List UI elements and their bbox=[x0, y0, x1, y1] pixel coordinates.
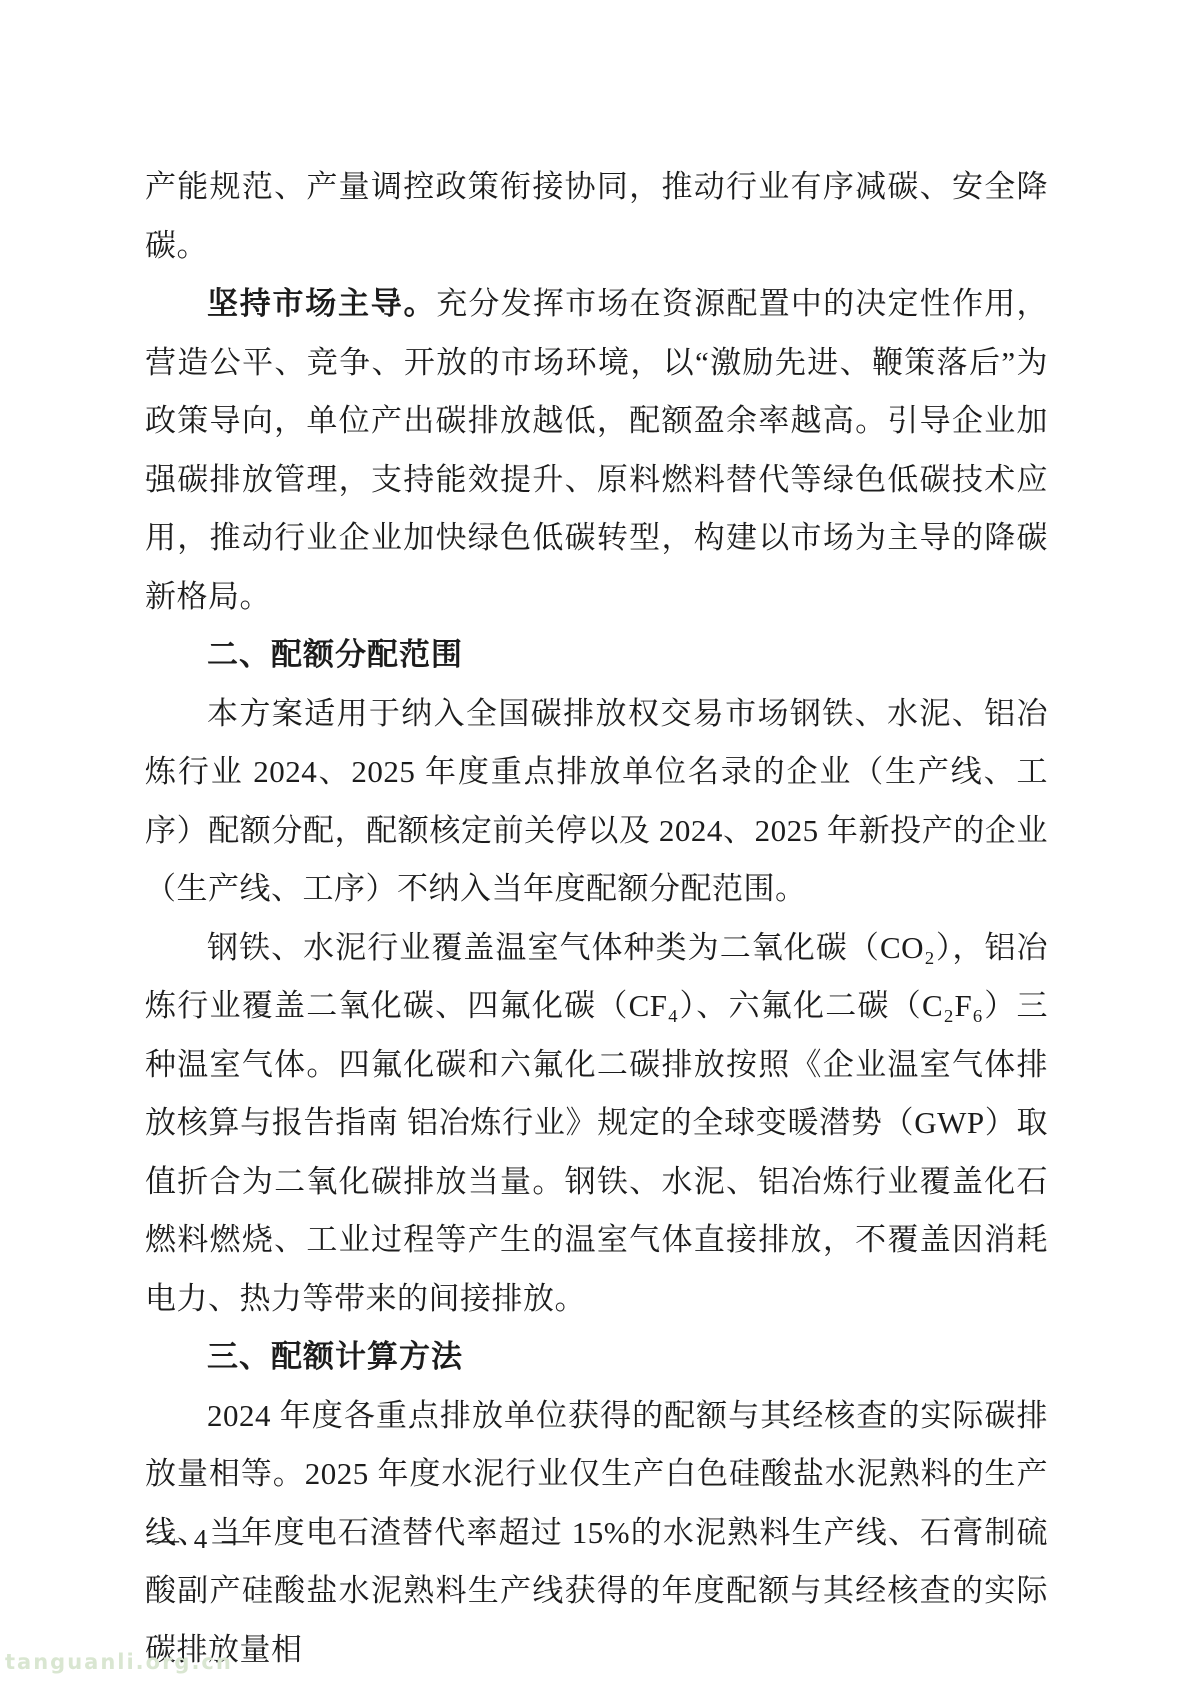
bold-lead-phrase: 坚持市场主导。 bbox=[207, 286, 436, 321]
paragraph-scope: 本方案适用于纳入全国碳排放权交易市场钢铁、水泥、铝冶炼行业 2024、2025 … bbox=[145, 685, 1048, 919]
document-page: 产能规范、产量调控政策衔接协同，推动行业有序减碳、安全降碳。 坚持市场主导。充分… bbox=[0, 0, 1190, 1683]
paragraph-calculation: 2024 年度各重点排放单位获得的配额与其经核查的实际碳排放量相等。2025 年… bbox=[145, 1387, 1048, 1680]
paragraph-gases: 钢铁、水泥行业覆盖温室气体种类为二氧化碳（CO₂），铝冶炼行业覆盖二氧化碳、四氟… bbox=[145, 919, 1048, 1329]
paragraph-text: 充分发挥市场在资源配置中的决定性作用，营造公平、竞争、开放的市场环境，以“激励先… bbox=[145, 286, 1048, 614]
watermark-site-label: tanguanli.org.cn bbox=[5, 1650, 233, 1674]
paragraph-market-led: 坚持市场主导。充分发挥市场在资源配置中的决定性作用，营造公平、竞争、开放的市场环… bbox=[145, 275, 1048, 626]
section-heading-calculation-method: 三、配额计算方法 bbox=[145, 1328, 1048, 1387]
section-heading-allocation-scope: 二、配额分配范围 bbox=[145, 626, 1048, 685]
document-body: 产能规范、产量调控政策衔接协同，推动行业有序减碳、安全降碳。 坚持市场主导。充分… bbox=[145, 158, 1048, 1679]
page-number: — 4 — bbox=[152, 1524, 253, 1555]
paragraph-continuation: 产能规范、产量调控政策衔接协同，推动行业有序减碳、安全降碳。 bbox=[145, 158, 1048, 275]
